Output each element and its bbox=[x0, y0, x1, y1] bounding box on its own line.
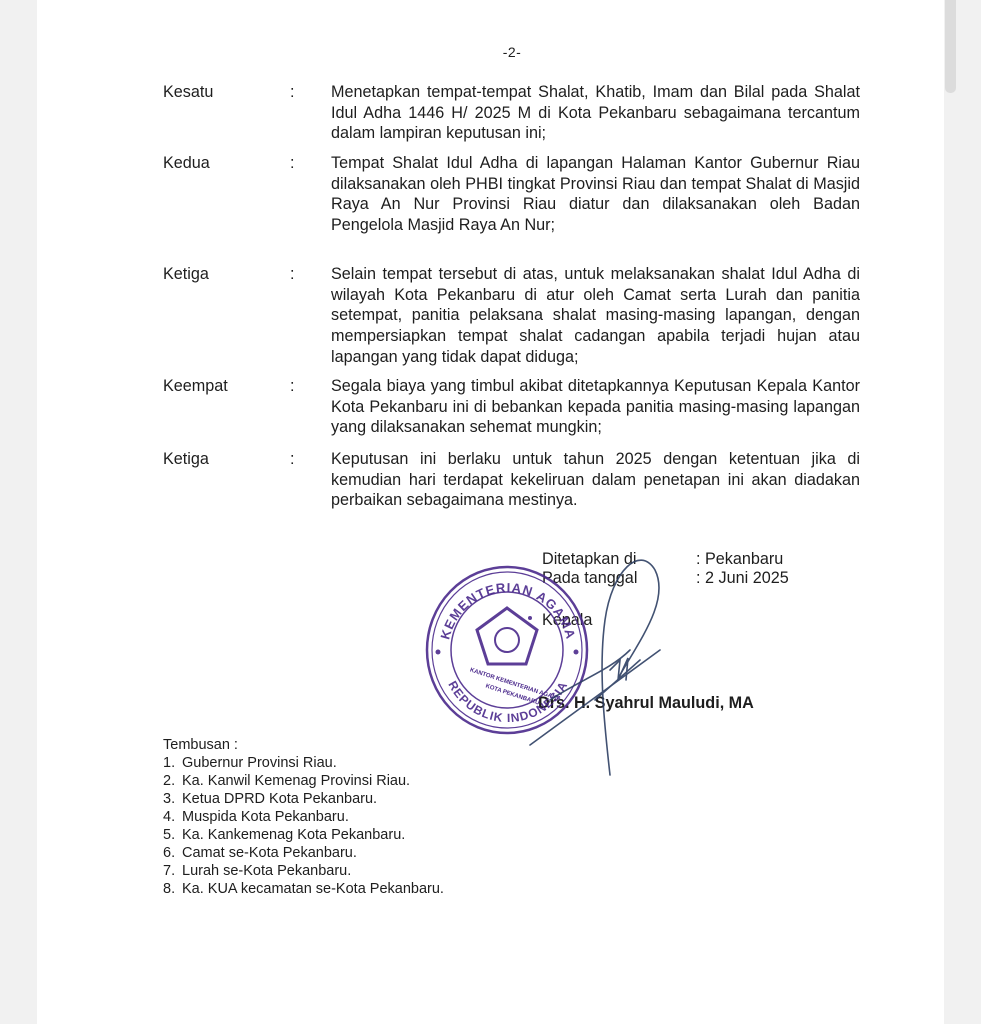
clause-colon: : bbox=[290, 153, 295, 174]
clause-text: Selain tempat tersebut di atas, untuk me… bbox=[331, 264, 860, 368]
list-item: 7.Lurah se-Kota Pekanbaru. bbox=[163, 862, 444, 880]
clause-label: Kedua bbox=[163, 153, 210, 174]
clause-text: Keputusan ini berlaku untuk tahun 2025 d… bbox=[331, 449, 860, 511]
clause-colon: : bbox=[290, 449, 295, 470]
list-item: 6.Camat se-Kota Pekanbaru. bbox=[163, 844, 444, 862]
clause-colon: : bbox=[290, 82, 295, 103]
clause-text: Menetapkan tempat-tempat Shalat, Khatib,… bbox=[331, 82, 860, 144]
copies-title: Tembusan : bbox=[163, 736, 444, 754]
list-item: 2.Ka. Kanwil Kemenag Provinsi Riau. bbox=[163, 772, 444, 790]
scrollbar-track[interactable] bbox=[944, 0, 958, 1024]
date-label: Pada tanggal bbox=[542, 569, 637, 588]
copies-section: Tembusan : 1.Gubernur Provinsi Riau. 2.K… bbox=[163, 736, 444, 898]
position-title: Kepala bbox=[542, 611, 592, 630]
clause-label: Ketiga bbox=[163, 264, 209, 285]
date-value: : 2 Juni 2025 bbox=[696, 569, 789, 588]
signatory-name: Drs. H. Syahrul Mauludi, MA bbox=[538, 694, 754, 713]
list-item: 8.Ka. KUA kecamatan se-Kota Pekanbaru. bbox=[163, 880, 444, 898]
place-label: Ditetapkan di bbox=[542, 550, 637, 569]
clause-label: Keempat bbox=[163, 376, 228, 397]
place-value: : Pekanbaru bbox=[696, 550, 783, 569]
clause-text: Tempat Shalat Idul Adha di lapangan Hala… bbox=[331, 153, 860, 236]
clause-colon: : bbox=[290, 264, 295, 285]
clause-label: Ketiga bbox=[163, 449, 209, 470]
clause-text: Segala biaya yang timbul akibat ditetapk… bbox=[331, 376, 860, 438]
list-item: 1.Gubernur Provinsi Riau. bbox=[163, 754, 444, 772]
list-item: 5.Ka. Kankemenag Kota Pekanbaru. bbox=[163, 826, 444, 844]
clause-colon: : bbox=[290, 376, 295, 397]
page-number: -2- bbox=[43, 44, 981, 60]
clause-label: Kesatu bbox=[163, 82, 213, 103]
list-item: 4.Muspida Kota Pekanbaru. bbox=[163, 808, 444, 826]
copies-list: 1.Gubernur Provinsi Riau. 2.Ka. Kanwil K… bbox=[163, 754, 444, 898]
list-item: 3.Ketua DPRD Kota Pekanbaru. bbox=[163, 790, 444, 808]
